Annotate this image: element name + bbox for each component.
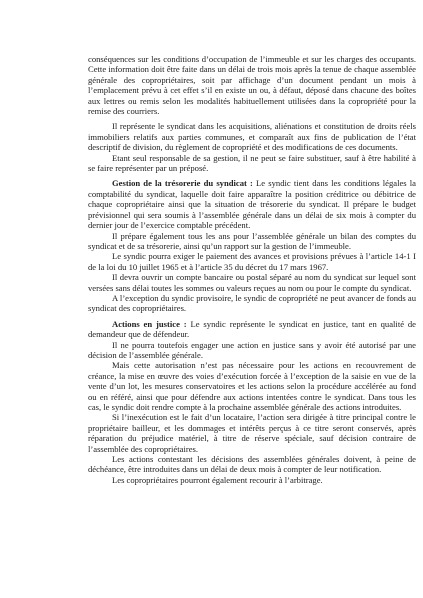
paragraph-heading: Gestion de la trésorerie du syndicat : [112, 178, 253, 188]
paragraph-heading: Actions en justice : [112, 319, 187, 329]
paragraph: Il représente le syndicat dans les acqui… [88, 121, 416, 152]
document-body: conséquences sur les conditions d’occupa… [88, 54, 416, 485]
paragraph: conséquences sur les conditions d’occupa… [88, 54, 416, 116]
paragraph: Etant seul responsable de sa gestion, il… [88, 153, 416, 174]
paragraph: Il ne pourra toutefois engager une actio… [88, 340, 416, 361]
paragraph: A l’exception du syndic provisoire, le s… [88, 293, 416, 314]
paragraph: Il devra ouvrir un compte bancaire ou po… [88, 272, 416, 293]
paragraph: Gestion de la trésorerie du syndicat : L… [88, 178, 416, 230]
paragraph: Les actions contestant les décisions des… [88, 454, 416, 475]
document-page: conséquences sur les conditions d’occupa… [0, 0, 423, 598]
paragraph: Il prépare également tous les ans pour l… [88, 231, 416, 252]
paragraph: Les copropriétaires pourront également r… [88, 475, 416, 485]
paragraph: Actions en justice : Le syndic représent… [88, 319, 416, 340]
paragraph: Le syndic pourra exiger le paiement des … [88, 251, 416, 272]
paragraph: Mais cette autorisation n’est pas nécess… [88, 360, 416, 412]
paragraph: Si l’inexécution est le fait d’un locata… [88, 412, 416, 454]
